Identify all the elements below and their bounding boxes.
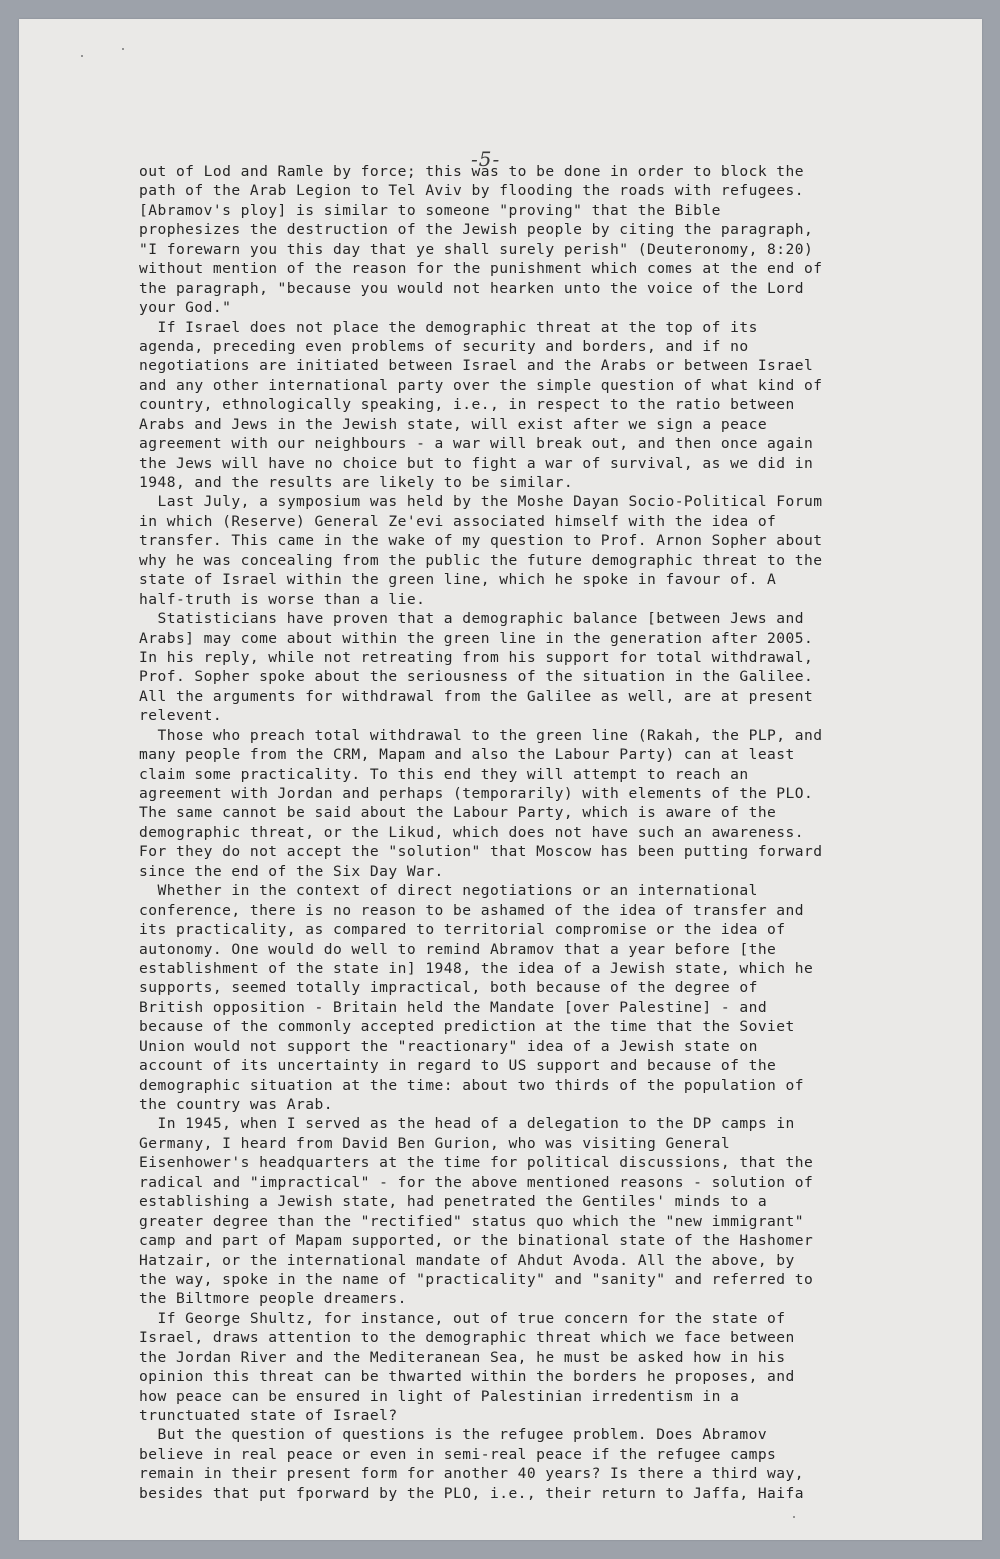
text-line: transfer. This came in the wake of my qu…	[139, 531, 879, 550]
text-line: besides that put fporward by the PLO, i.…	[139, 1484, 879, 1503]
text-line: greater degree than the "rectified" stat…	[139, 1212, 879, 1231]
text-line: half-truth is worse than a lie.	[139, 590, 879, 609]
text-line: remain in their present form for another…	[139, 1464, 879, 1483]
text-line: state of Israel within the green line, w…	[139, 570, 879, 589]
text-line: agreement with Jordan and perhaps (tempo…	[139, 784, 879, 803]
paragraph: If Israel does not place the demographic…	[139, 318, 879, 493]
text-line: trunctuated state of Israel?	[139, 1406, 879, 1425]
text-line: Whether in the context of direct negotia…	[139, 881, 879, 900]
paragraph: Statisticians have proven that a demogra…	[139, 609, 879, 726]
text-line: the way, spoke in the name of "practical…	[139, 1270, 879, 1289]
paragraph: In 1945, when I served as the head of a …	[139, 1114, 879, 1308]
text-line: the Jordan River and the Mediteranean Se…	[139, 1348, 879, 1367]
document-body: out of Lod and Ramle by force; this was …	[139, 162, 879, 1503]
text-line: The same cannot be said about the Labour…	[139, 803, 879, 822]
text-line: the country was Arab.	[139, 1095, 879, 1114]
paragraph: out of Lod and Ramle by force; this was …	[139, 162, 879, 318]
paragraph: Last July, a symposium was held by the M…	[139, 492, 879, 609]
text-line: and any other international party over t…	[139, 376, 879, 395]
text-line: All the arguments for withdrawal from th…	[139, 687, 879, 706]
text-line: Union would not support the "reactionary…	[139, 1037, 879, 1056]
text-line: Hatzair, or the international mandate of…	[139, 1251, 879, 1270]
paragraph: But the question of questions is the ref…	[139, 1425, 879, 1503]
text-line: But the question of questions is the ref…	[139, 1425, 879, 1444]
text-line: Israel, draws attention to the demograph…	[139, 1328, 879, 1347]
text-line: prophesizes the destruction of the Jewis…	[139, 220, 879, 239]
document-page: -5- out of Lod and Ramle by force; this …	[19, 19, 982, 1540]
text-line: 1948, and the results are likely to be s…	[139, 473, 879, 492]
paper-speck	[793, 1516, 795, 1518]
text-line: since the end of the Six Day War.	[139, 862, 879, 881]
text-line: establishment of the state in] 1948, the…	[139, 959, 879, 978]
text-line: opinion this threat can be thwarted with…	[139, 1367, 879, 1386]
text-line: because of the commonly accepted predict…	[139, 1017, 879, 1036]
text-line: many people from the CRM, Mapam and also…	[139, 745, 879, 764]
text-line: In 1945, when I served as the head of a …	[139, 1114, 879, 1133]
text-line: its practicality, as compared to territo…	[139, 920, 879, 939]
text-line: Prof. Sopher spoke about the seriousness…	[139, 667, 879, 686]
text-line: Arabs] may come about within the green l…	[139, 629, 879, 648]
text-line: "I forewarn you this day that ye shall s…	[139, 240, 879, 259]
text-line: why he was concealing from the public th…	[139, 551, 879, 570]
text-line: In his reply, while not retreating from …	[139, 648, 879, 667]
paper-speck	[81, 55, 83, 57]
text-line: path of the Arab Legion to Tel Aviv by f…	[139, 181, 879, 200]
text-line: supports, seemed totally impractical, bo…	[139, 978, 879, 997]
text-line: radical and "impractical" - for the abov…	[139, 1173, 879, 1192]
text-line: account of its uncertainty in regard to …	[139, 1056, 879, 1075]
text-line: demographic threat, or the Likud, which …	[139, 823, 879, 842]
text-line: [Abramov's ploy] is similar to someone "…	[139, 201, 879, 220]
text-line: Statisticians have proven that a demogra…	[139, 609, 879, 628]
text-line: Eisenhower's headquarters at the time fo…	[139, 1153, 879, 1172]
text-line: Arabs and Jews in the Jewish state, will…	[139, 415, 879, 434]
text-line: British opposition - Britain held the Ma…	[139, 998, 879, 1017]
text-line: camp and part of Mapam supported, or the…	[139, 1231, 879, 1250]
text-line: believe in real peace or even in semi-re…	[139, 1445, 879, 1464]
text-line: relevent.	[139, 706, 879, 725]
text-line: the Biltmore people dreamers.	[139, 1289, 879, 1308]
text-line: If Israel does not place the demographic…	[139, 318, 879, 337]
paragraph: Whether in the context of direct negotia…	[139, 881, 879, 1114]
text-line: Those who preach total withdrawal to the…	[139, 726, 879, 745]
paragraph: Those who preach total withdrawal to the…	[139, 726, 879, 882]
text-line: Germany, I heard from David Ben Gurion, …	[139, 1134, 879, 1153]
text-line: agreement with our neighbours - a war wi…	[139, 434, 879, 453]
text-line: the paragraph, "because you would not he…	[139, 279, 879, 298]
paragraph: If George Shultz, for instance, out of t…	[139, 1309, 879, 1426]
text-line: your God."	[139, 298, 879, 317]
text-line: demographic situation at the time: about…	[139, 1076, 879, 1095]
text-line: the Jews will have no choice but to figh…	[139, 454, 879, 473]
paper-speck	[122, 48, 124, 50]
text-line: in which (Reserve) General Ze'evi associ…	[139, 512, 879, 531]
text-line: country, ethnologically speaking, i.e., …	[139, 395, 879, 414]
text-line: Last July, a symposium was held by the M…	[139, 492, 879, 511]
text-line: conference, there is no reason to be ash…	[139, 901, 879, 920]
text-line: negotiations are initiated between Israe…	[139, 356, 879, 375]
text-line: out of Lod and Ramle by force; this was …	[139, 162, 879, 181]
text-line: without mention of the reason for the pu…	[139, 259, 879, 278]
text-line: For they do not accept the "solution" th…	[139, 842, 879, 861]
text-line: claim some practicality. To this end the…	[139, 765, 879, 784]
text-line: establishing a Jewish state, had penetra…	[139, 1192, 879, 1211]
text-line: how peace can be ensured in light of Pal…	[139, 1387, 879, 1406]
text-line: autonomy. One would do well to remind Ab…	[139, 940, 879, 959]
text-line: agenda, preceding even problems of secur…	[139, 337, 879, 356]
text-line: If George Shultz, for instance, out of t…	[139, 1309, 879, 1328]
